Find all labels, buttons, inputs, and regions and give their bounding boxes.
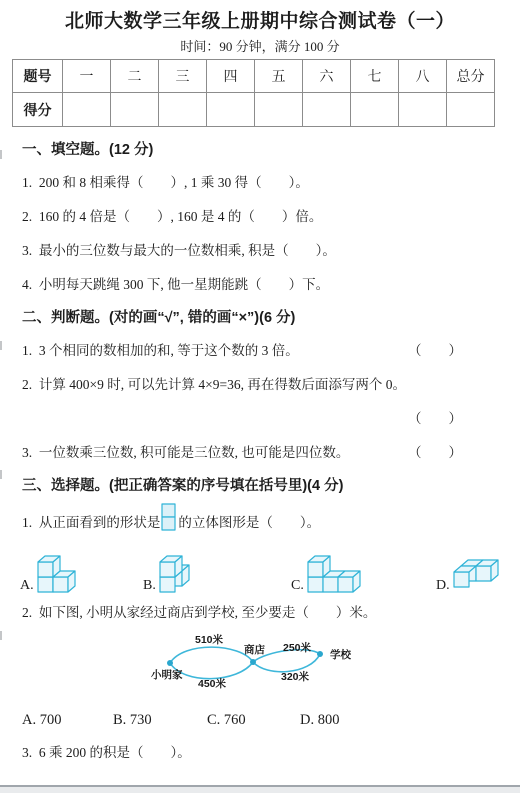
home-label: 小明家 (151, 668, 183, 681)
option-c-label: C. (291, 578, 304, 593)
section2-question-2: 2. 计算 400×9 时, 可以先计算 4×9=36, 再在得数后面添写两个 … (22, 375, 502, 395)
score-table-col-1: 一 (63, 60, 111, 93)
score-row-label: 得分 (13, 93, 63, 127)
distance-label-top-right: 250米 (283, 641, 312, 654)
score-table-col-6: 六 (303, 60, 351, 93)
section3-question-1-options: A. B. (0, 535, 520, 597)
section1-question-3: 3. 最小的三位数与最大的一位数相乘, 积是（ ）。 (22, 241, 502, 261)
section1-question-4: 4. 小明每天跳绳 300 下, 他一星期能跳（ ）下。 (22, 275, 502, 295)
scan-artifact (0, 341, 2, 350)
score-cell (255, 93, 303, 127)
answer-bracket: （ ） (408, 411, 462, 426)
score-table-col-total: 总分 (447, 60, 495, 93)
section2-question-1: 1. 3 个相同的数相加的和, 等于这个数的 3 倍。 （ ） (22, 341, 462, 361)
section3-question-1: 1. 从正面看到的形状是 的立体图形是（ ）。 (22, 503, 502, 533)
cube-figure-d-icon (453, 553, 500, 593)
score-cell (159, 93, 207, 127)
test-paper-page: 北师大数学三年级上册期中综合测试卷（一） 时间：90 分钟，满分 100 分 题… (0, 0, 520, 793)
section3-question-1-pre: 1. 从正面看到的形状是 (22, 513, 160, 533)
section1-question-1: 1. 200 和 8 相乘得（ ）, 1 乘 30 得（ ）。 (22, 173, 502, 193)
score-cell (303, 93, 351, 127)
section2-question-3: 3. 一位数乘三位数, 积可能是三位数, 也可能是四位数。 （ ） (22, 443, 462, 463)
answer-bracket: （ ） (408, 341, 462, 361)
section3-heading: 三、选择题。(把正确答案的序号填在括号里)(4 分) (22, 477, 500, 495)
option-c: C. (291, 554, 362, 593)
score-table-score-row: 得分 (13, 93, 495, 127)
score-table-col-4: 四 (207, 60, 255, 93)
distance-label-bottom-right: 320米 (281, 670, 310, 683)
option-b-label: B. (143, 578, 156, 593)
section2-question-2-bracket-line: （ ） (22, 409, 462, 429)
section3-question-2-options: A. 700 B. 730 C. 760 D. 800 (0, 712, 520, 729)
option-b: B. (143, 554, 190, 593)
score-table-header-row: 题号 一 二 三 四 五 六 七 八 总分 (13, 60, 495, 93)
section3-question-2: 2. 如下图, 小明从家经过商店到学校, 至少要走（ ）米。 (22, 603, 502, 623)
section1-question-2: 2. 160 的 4 倍是（ ）, 160 是 4 的（ ）倍。 (22, 207, 502, 227)
option-a-label: A. (20, 578, 34, 593)
score-table-col-5: 五 (255, 60, 303, 93)
scan-artifact (0, 631, 2, 640)
scan-artifact (0, 470, 2, 479)
score-cell (351, 93, 399, 127)
front-view-shape-icon (161, 503, 177, 532)
option-d-800: D. 800 (300, 712, 339, 729)
section2-question-1-text: 1. 3 个相同的数相加的和, 等于这个数的 3 倍。 (22, 341, 299, 361)
section2-question-3-text: 3. 一位数乘三位数, 积可能是三位数, 也可能是四位数。 (22, 443, 349, 463)
school-label: 学校 (330, 648, 351, 661)
route-diagram-figure: 510米 450米 商店 250米 320米 学校 小明家 (140, 625, 390, 703)
cube-figure-a-icon (37, 554, 77, 593)
shop-dot (250, 659, 256, 665)
option-a: A. (20, 554, 77, 593)
home-dot (167, 660, 173, 666)
option-d: D. (436, 553, 500, 593)
score-table-col-7: 七 (351, 60, 399, 93)
score-cell (63, 93, 111, 127)
option-d-label: D. (436, 578, 450, 593)
score-cell (111, 93, 159, 127)
score-table-col-3: 三 (159, 60, 207, 93)
cube-figure-b-icon (159, 554, 190, 593)
cube-figure-c-icon (307, 554, 362, 593)
section2-heading: 二、判断题。(对的画“√”, 错的画“×”)(6 分) (22, 309, 500, 327)
distance-label-top-left: 510米 (195, 633, 224, 646)
route-diagram: 510米 450米 商店 250米 320米 学校 小明家 (140, 625, 390, 703)
score-table: 题号 一 二 三 四 五 六 七 八 总分 得分 (12, 59, 495, 127)
page-subtitle: 时间：90 分钟，满分 100 分 (0, 39, 520, 55)
page-title: 北师大数学三年级上册期中综合测试卷（一） (0, 0, 520, 34)
score-cell (207, 93, 255, 127)
section3-question-3: 3. 6 乘 200 的积是（ ）。 (22, 743, 502, 763)
score-table-col-2: 二 (111, 60, 159, 93)
answer-bracket: （ ） (408, 443, 462, 463)
scan-artifact (0, 150, 2, 159)
option-b-730: B. 730 (113, 712, 152, 729)
score-table-corner-label: 题号 (13, 60, 63, 93)
shop-label: 商店 (244, 643, 265, 656)
section1-heading: 一、填空题。(12 分) (22, 141, 500, 159)
score-table-col-8: 八 (399, 60, 447, 93)
option-a-700: A. 700 (22, 712, 61, 729)
score-cell (447, 93, 495, 127)
window-bottom-bar (0, 785, 520, 793)
school-dot (317, 651, 323, 657)
section3-question-1-post: 的立体图形是（ ）。 (178, 513, 320, 533)
distance-label-bottom-left: 450米 (198, 677, 227, 690)
score-cell (399, 93, 447, 127)
option-c-760: C. 760 (207, 712, 246, 729)
